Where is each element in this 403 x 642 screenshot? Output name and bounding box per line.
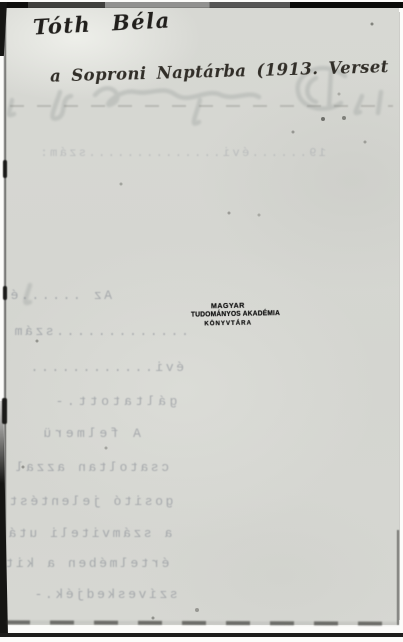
scanned-page-canvas: 19......évi..............szám: Az ......… xyxy=(0,0,403,642)
bleedthrough-header: 19......évi..............szám: xyxy=(38,146,326,160)
page-edge-right-shadow xyxy=(397,530,400,625)
bleedthrough-line: csatoltan azzal xyxy=(13,460,169,475)
bleedthrough-line: szíveskedjék.- xyxy=(32,587,178,602)
page-edge-blemish xyxy=(3,160,7,178)
bleedthrough-line: értelmében a kit xyxy=(3,556,169,571)
bleedthrough-line: gositó jelentést xyxy=(7,494,173,509)
bleedthrough-line: Az ......é xyxy=(8,288,112,303)
scan-frame-bottom xyxy=(0,633,403,637)
page-edge-blemish xyxy=(3,286,7,300)
bleedthrough-line: a számviteli utá xyxy=(6,526,172,541)
bleedthrough-line: .............szám xyxy=(12,324,189,339)
paper-crease xyxy=(10,105,393,107)
bleedthrough-line: A felmerü xyxy=(40,426,141,441)
paper-specks xyxy=(0,0,2,2)
scan-frame-top xyxy=(0,2,403,8)
bleedthrough-line: gáltatott.- xyxy=(52,394,177,409)
stamp-line-1: MAGYAR xyxy=(191,300,265,310)
bleedthrough-line: évi............ xyxy=(28,360,184,375)
stamp-line-3: KÖNYVTÁRA xyxy=(191,319,265,327)
stamp-line-2: TUDOMÁNYOS AKADÉMIA xyxy=(191,310,265,318)
page-edge-right xyxy=(399,12,401,620)
library-stamp: MAGYAR TUDOMÁNYOS AKADÉMIA KÖNYVTÁRA xyxy=(191,300,266,327)
